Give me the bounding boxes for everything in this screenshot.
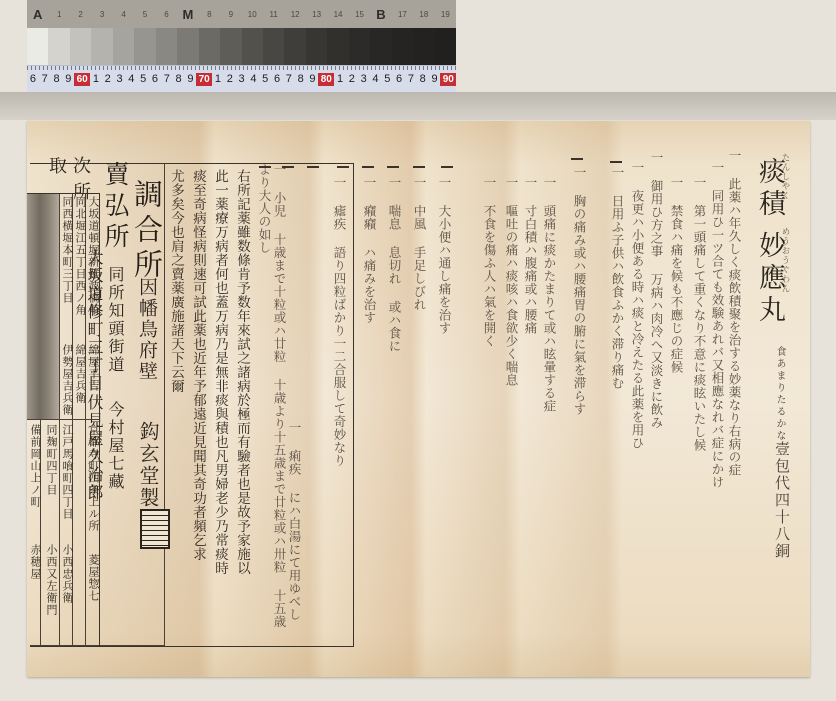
entry-bullet — [441, 166, 453, 168]
gray-patch — [263, 28, 284, 65]
gray-patch — [220, 28, 241, 65]
entry-text: 一 不食を傷ふ人ハ氣を開く — [482, 176, 497, 626]
agent-name: 伊勢屋吉兵衛 — [60, 344, 74, 416]
agent-name: 菱屋惣七 — [86, 554, 100, 602]
ink-smudge — [27, 194, 59, 419]
ruler-tick: 70 — [196, 73, 212, 86]
scale-label: 14 — [327, 10, 348, 19]
ruler-tick: 6 — [27, 73, 39, 85]
entry-text: 一 寸白積ハ腹痛或ハ腰痛 — [523, 176, 538, 626]
entry-bullet — [413, 166, 425, 168]
ruler-tick: 9 — [429, 73, 441, 85]
measuring-ruler: 678960123456789701234567898012345678990 — [27, 65, 456, 93]
ruler-tick: 90 — [440, 73, 456, 86]
gray-scale-label-row: A 1 2 3 4 5 6 M 8 9 10 11 12 13 14 15 B … — [27, 0, 456, 28]
gray-patch — [27, 28, 48, 65]
entry-text: 一 嘔吐の痛ハ痰咳ハ食欲少く喘息 — [504, 176, 519, 626]
gray-patch — [435, 28, 456, 65]
scale-label: 13 — [306, 10, 327, 19]
ruler-tick: 4 — [248, 73, 260, 85]
entry-text: 一 大小便ハ通し痛を治す — [437, 176, 452, 626]
ruler-tick: 7 — [405, 73, 417, 85]
ruler-tick: 60 — [74, 73, 90, 86]
agent-location: 同北堀江五丁目西ノ角 — [73, 196, 87, 316]
scale-label: 19 — [435, 10, 456, 19]
agent-location: 備前岡山上ノ町 — [28, 424, 42, 508]
agents-row-rule — [27, 419, 99, 420]
entry-bullet — [387, 166, 399, 168]
scale-label-m: M — [177, 7, 198, 22]
ruler-tick: 1 — [334, 73, 346, 85]
entry-bullet — [362, 166, 374, 168]
scale-label: 12 — [284, 10, 305, 19]
ruler-tick: 8 — [417, 73, 429, 85]
ruler-tick: 9 — [62, 73, 74, 85]
scale-label: 6 — [156, 10, 177, 19]
ruler-tick: 2 — [102, 73, 114, 85]
entry-text: 一 胸の痛み或ハ腰痛胃の腑に氣を滞らす — [572, 166, 587, 616]
ruler-tick: 5 — [381, 73, 393, 85]
gray-patch — [349, 28, 370, 65]
gray-scale-patches — [27, 28, 456, 65]
backdrop — [0, 92, 836, 120]
scale-label: 1 — [48, 10, 69, 19]
gray-patch — [306, 28, 327, 65]
title-ruby-2: めうおうぐわん — [779, 227, 791, 294]
entry-text: 一 同用ひ一ツ合ても效験あれバ又相應なれバ症にかけ — [710, 161, 725, 651]
agent-location: 同西横堀本町三丁目 — [60, 196, 74, 304]
blend-location: 因幡鳥府壁 — [134, 277, 161, 382]
scale-label: 10 — [242, 10, 263, 19]
agents-header: 取次所 — [27, 163, 97, 193]
ruler-tick: 7 — [39, 73, 51, 85]
gray-patch — [156, 28, 177, 65]
ruler-tick: 1 — [212, 73, 224, 85]
gray-patch — [392, 28, 413, 65]
ruler-tick: 8 — [51, 73, 63, 85]
price-note: 壹包代四十八銅 — [772, 441, 793, 560]
entry-text: 一 第一頭痛して重くなり不意に痰眩いたし候 — [692, 176, 707, 646]
entry-text: 一 夜更ハ小便ある時ハ痰と冷えたる此薬を用ひ — [630, 161, 645, 631]
gray-patch — [113, 28, 134, 65]
scale-label: 15 — [349, 10, 370, 19]
scale-label: 18 — [413, 10, 434, 19]
ruler-tick: 9 — [307, 73, 319, 85]
entry-text: 一 頭痛に痰かたまりて或ハ眩暈する症 — [542, 176, 557, 626]
gray-patch — [242, 28, 263, 65]
ruler-tick: 80 — [318, 73, 334, 86]
ruler-tick: 5 — [137, 73, 149, 85]
gray-patch — [177, 28, 198, 65]
ruler-tick: 5 — [259, 73, 271, 85]
ruler-tick: 7 — [283, 73, 295, 85]
ruler-tick: 8 — [173, 73, 185, 85]
entry-text: 一 禁食ハ痛を候も不應じの症候 — [669, 176, 684, 646]
seller-1-name: 今村屋七藏 — [104, 401, 127, 491]
ruler-tick: 6 — [271, 73, 283, 85]
ruler-tick: 1 — [90, 73, 102, 85]
gray-patch — [70, 28, 91, 65]
agent-location: 同麹町四丁目 — [44, 424, 58, 496]
entry-bullet — [610, 161, 622, 163]
agent-name: 綿屋吉兵衛 — [73, 344, 87, 404]
title-ruby-1: たんしやく — [779, 153, 791, 201]
ruler-tick: 7 — [161, 73, 173, 85]
agent-location: 大坂道頓堀新難波橋角 — [86, 196, 100, 316]
gray-patch — [91, 28, 112, 65]
scale-label: 9 — [220, 10, 241, 19]
scale-label: 11 — [263, 10, 284, 19]
ruler-tick: 2 — [224, 73, 236, 85]
entry-bullet — [571, 158, 583, 160]
scale-label-b: B — [370, 7, 391, 22]
entry-text: 一 日用ふ子供ハ飲食ふかく滞り痛む — [610, 166, 625, 636]
scale-label: 4 — [113, 10, 134, 19]
agents-table: 大坂道頓堀新難波橋角 綿屋平吉 同北堀江五丁目西ノ角 綿屋吉兵衛 同西横堀本町三… — [27, 193, 100, 646]
agent-name: 小西忠兵衛 — [60, 544, 74, 604]
entry-text: 一 癪癪 ハ痛みを治す — [362, 176, 377, 626]
ruler-tick: 3 — [114, 73, 126, 85]
ruler-tick: 4 — [125, 73, 137, 85]
scale-label: 8 — [199, 10, 220, 19]
agent-name: 小西又左衛門 — [44, 544, 58, 616]
entry-text: 一 御用ひ方之事 万病ハ肉冷へ又淡きに飲み — [649, 151, 664, 631]
ruler-tick: 2 — [346, 73, 358, 85]
agent-name: 綿屋平吉 — [86, 344, 100, 392]
ruler-tick: 9 — [185, 73, 197, 85]
ruler-tick: 6 — [393, 73, 405, 85]
gray-patch — [413, 28, 434, 65]
agent-location: 江戸馬喰町四丁目 — [60, 424, 74, 520]
agent-name: 赤穂屋 — [28, 544, 42, 580]
scale-label: 2 — [70, 10, 91, 19]
entry-text: 一 喘息 息切れ 或ハ食に — [387, 176, 402, 626]
blend-label: 調合所 — [127, 179, 168, 284]
brand-name: 鈎玄堂製 — [134, 421, 163, 509]
gray-patch — [370, 28, 391, 65]
gray-patch — [284, 28, 305, 65]
sales-label: 賣弘所 — [97, 161, 133, 254]
agent-location: 京都寺町四条上ル所 — [86, 424, 100, 532]
scale-label: 3 — [91, 10, 112, 19]
ruler-tick: 4 — [370, 73, 382, 85]
maker-seal-icon — [140, 509, 170, 549]
entry-text: 一 中風 手足しびれ — [412, 176, 427, 626]
usage-note: 食あまりたるかな — [772, 346, 787, 442]
ruler-tick: 8 — [295, 73, 307, 85]
scale-label: 17 — [392, 10, 413, 19]
seller-1-location: 同所知頭街道 — [104, 266, 127, 374]
ruler-tick: 6 — [149, 73, 161, 85]
ruler-tick: 3 — [358, 73, 370, 85]
entry-text: 一 此薬ハ年久しく痰飲積聚を治する妙薬なり右病の症 — [727, 149, 742, 649]
scale-label: 5 — [134, 10, 155, 19]
gray-patch — [327, 28, 348, 65]
scale-label-a: A — [27, 7, 48, 22]
advertisement-sheet: 痰積 妙應丸 たんしやく めうおうぐわん 食あまりたるかな 壹包代四十八銅 一 … — [27, 121, 810, 677]
gray-patch — [199, 28, 220, 65]
gray-patch — [134, 28, 155, 65]
ruler-tick: 3 — [236, 73, 248, 85]
gray-patch — [48, 28, 69, 65]
